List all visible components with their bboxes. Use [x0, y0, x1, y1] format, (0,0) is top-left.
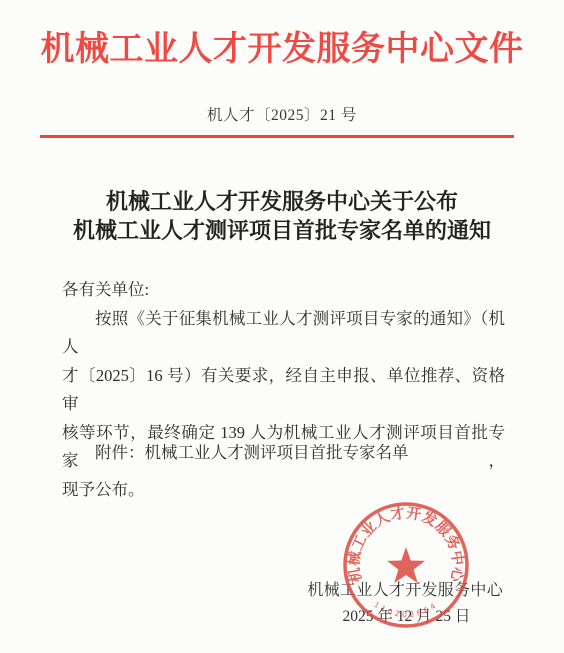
attachment-line: 附件：机械工业人才测评项目首批专家名单 — [62, 439, 505, 468]
notice-title-line1: 机械工业人才开发服务中心关于公布 — [0, 187, 564, 216]
body-paragraph-line: 现予公布。 — [62, 476, 505, 505]
letterhead-title: 机械工业人才开发服务中心文件 — [0, 27, 564, 73]
signature-date: 2025 年 12 月 25 日 — [310, 606, 503, 628]
seal-star-icon — [387, 547, 425, 583]
notice-body: 各有关单位: 按照《关于征集机械工业人才测评项目专家的通知》（机人 才〔2025… — [62, 276, 505, 504]
body-paragraph-line: 才〔2025〕16 号）有关要求，经自主申报、单位推荐、资格审 — [62, 362, 505, 419]
body-paragraph-line: 按照《关于征集机械工业人才测评项目专家的通知》（机人 — [62, 305, 505, 362]
salutation: 各有关单位: — [62, 276, 505, 305]
signature-org: 机械工业人才开发服务中心 — [0, 580, 503, 602]
seal-arc-text-holder: 机械工业人才开发服务中心 — [345, 505, 468, 584]
header-divider-rule — [40, 135, 514, 138]
document-page: 机械工业人才开发服务中心文件 机人才〔2025〕21 号 机械工业人才开发服务中… — [0, 0, 564, 653]
document-number: 机人才〔2025〕21 号 — [0, 105, 564, 127]
notice-title: 机械工业人才开发服务中心关于公布 机械工业人才测评项目首批专家名单的通知 — [0, 187, 564, 245]
seal-arc-text: 机械工业人才开发服务中心 — [345, 505, 468, 584]
notice-title-line2: 机械工业人才测评项目首批专家名单的通知 — [0, 216, 564, 245]
